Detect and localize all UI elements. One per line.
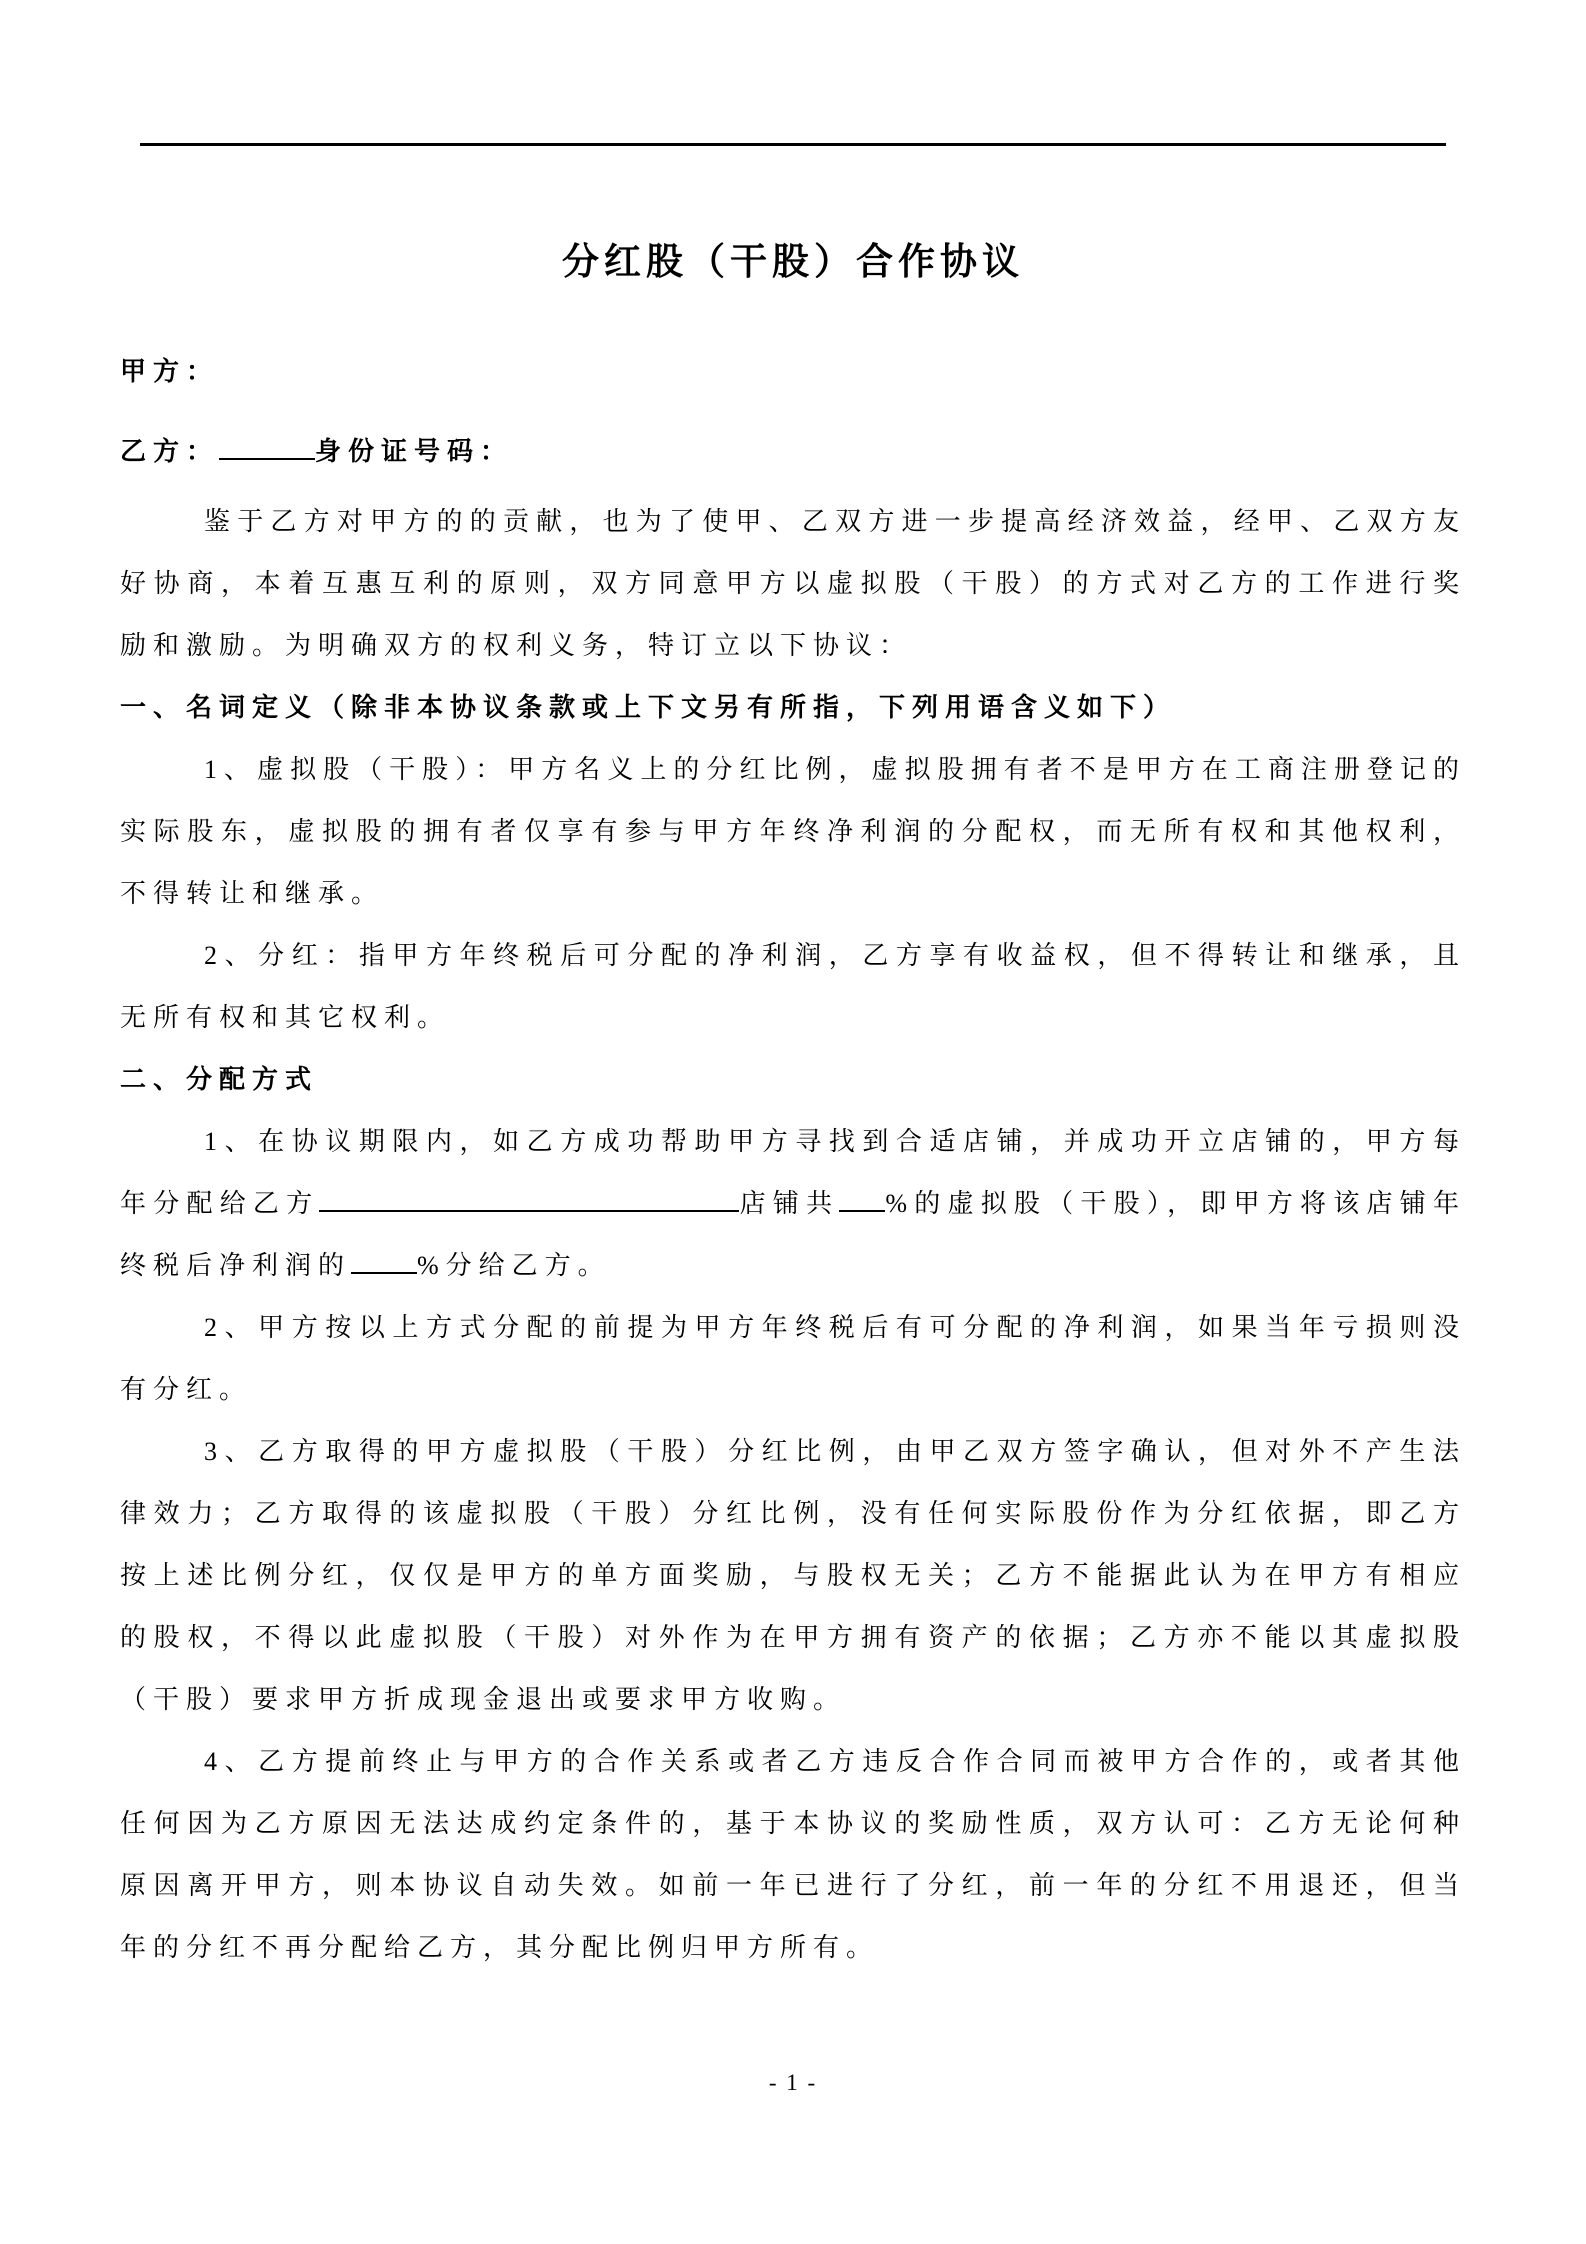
page-number: - 1 - — [0, 2066, 1586, 2100]
party-a-line: 甲方： — [120, 341, 1466, 403]
document-title: 分红股（干股）合作协议 — [120, 233, 1466, 293]
section2-heading: 二、分配方式 — [120, 1049, 1466, 1111]
section1-item-2: 2、分红：指甲方年终税后可分配的净利润，乙方享有收益权，但不得转让和继承，且无所… — [120, 925, 1466, 1049]
preamble-paragraph: 鉴于乙方对甲方的的贡献，也为了使甲、乙双方进一步提高经济效益，经甲、乙双方友好协… — [120, 491, 1466, 677]
party-b-name-blank — [219, 431, 315, 460]
id-number-label: 身份证号码： — [315, 437, 513, 466]
section1-heading: 一、名词定义（除非本协议条款或上下文另有所指，下列用语含义如下） — [120, 677, 1466, 739]
section2-item-1-text-4: %分给乙方。 — [417, 1251, 611, 1280]
document-content: 分红股（干股）合作协议 甲方： 乙方：身份证号码： 鉴于乙方对甲方的的贡献，也为… — [120, 0, 1466, 1979]
profit-percent-blank — [351, 1245, 417, 1274]
section2-item-2: 2、甲方按以上方式分配的前提为甲方年终税后有可分配的净利润，如果当年亏损则没有分… — [120, 1297, 1466, 1421]
section2-item-4: 4、乙方提前终止与甲方的合作关系或者乙方违反合作合同而被甲方合作的，或者其他任何… — [120, 1731, 1466, 1979]
section2-item-1: 1、在协议期限内，如乙方成功帮助甲方寻找到合适店铺，并成功开立店铺的，甲方每年分… — [120, 1111, 1466, 1297]
party-a-label: 甲方： — [120, 357, 219, 386]
share-percent-blank — [839, 1183, 885, 1212]
party-b-label: 乙方： — [120, 437, 219, 466]
document-page: 分红股（干股）合作协议 甲方： 乙方：身份证号码： 鉴于乙方对甲方的的贡献，也为… — [0, 0, 1586, 2244]
party-b-line: 乙方：身份证号码： — [120, 421, 1466, 483]
shop-name-blank — [319, 1183, 739, 1212]
section2-item-1-text-2: 店铺共 — [739, 1189, 839, 1218]
section2-item-3: 3、乙方取得的甲方虚拟股（干股）分红比例，由甲乙双方签字确认，但对外不产生法律效… — [120, 1421, 1466, 1731]
section1-item-1: 1、虚拟股（干股）：甲方名义上的分红比例，虚拟股拥有者不是甲方在工商注册登记的实… — [120, 739, 1466, 925]
